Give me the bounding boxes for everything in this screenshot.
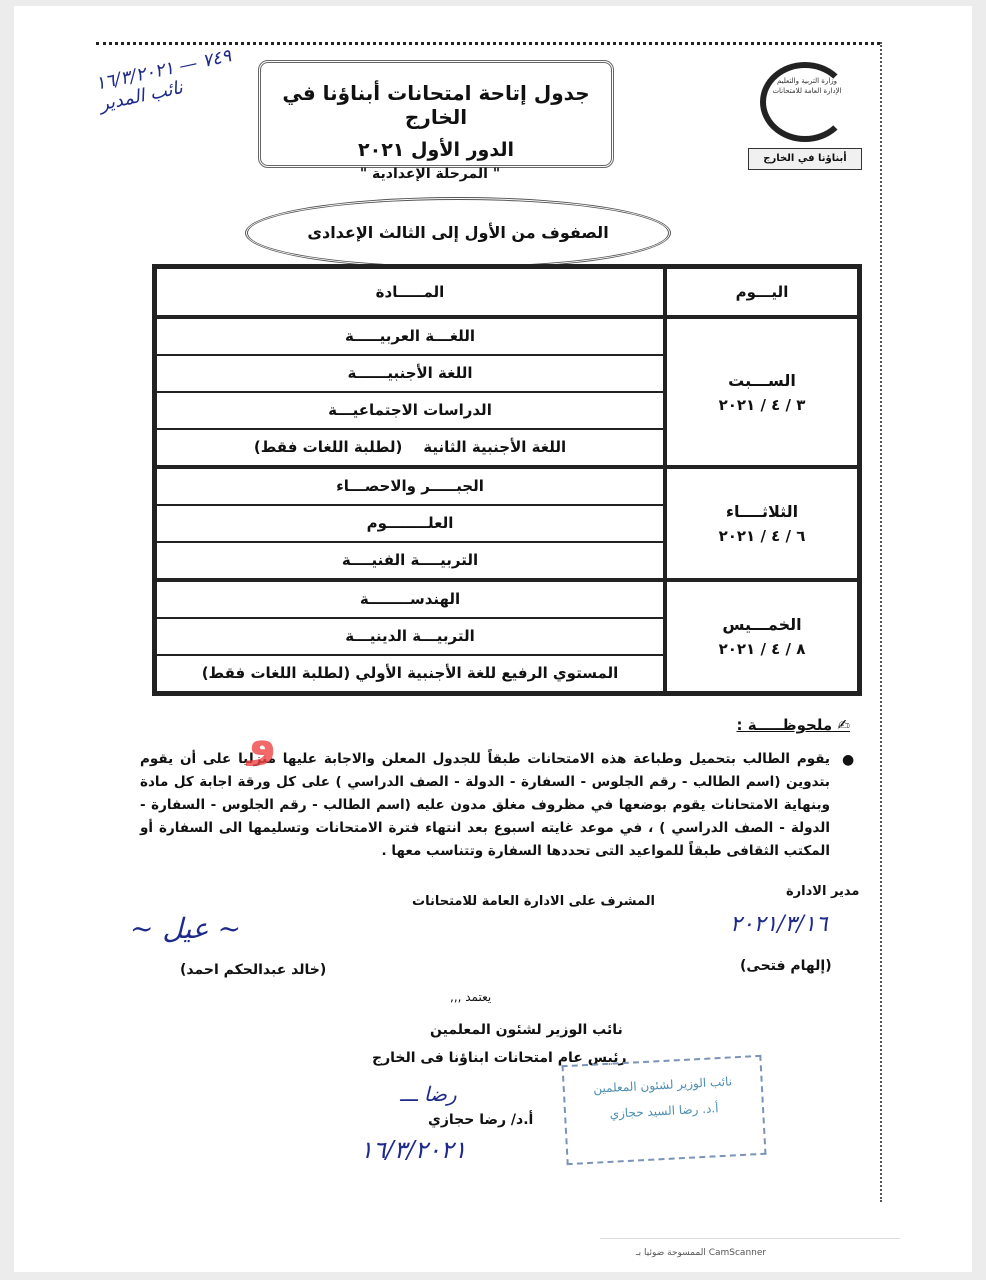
exam-schedule-table: اليـــوم المـــــادة الســـبت ٣ / ٤ / ٢٠… xyxy=(152,264,862,696)
day-cell: الخمـــيس ٨ / ٤ / ٢٠٢١ xyxy=(665,580,859,693)
day-date: ٦ / ٤ / ٢٠٢١ xyxy=(667,527,857,545)
director-title: مدير الادارة xyxy=(786,884,859,899)
day-name: الســـبت xyxy=(667,371,857,390)
title-box: جدول إتاحة امتحانات أبناؤنا في الخارج ال… xyxy=(258,60,614,168)
subject-item: الهندســــــــة xyxy=(157,582,663,619)
page-title: جدول إتاحة امتحانات أبناؤنا في الخارج xyxy=(261,81,611,129)
scanner-footer: الممسوحة ضوئيا بـ CamScanner xyxy=(636,1248,766,1258)
note-heading: ✍ ملحوظـــــة : xyxy=(700,716,850,734)
subjects-cell: الهندســــــــة التربيـــة الدينيـــة ال… xyxy=(155,580,665,693)
subject-item: المستوي الرفيع للغة الأجنبية الأولي (لطل… xyxy=(157,656,663,691)
subject-item: التربيــــة الفنيــــة xyxy=(157,543,663,578)
subject-item: التربيـــة الدينيـــة xyxy=(157,619,663,656)
director-name: (إلهام فتحى) xyxy=(740,958,832,974)
column-header-subject: المـــــادة xyxy=(155,267,665,317)
day-cell: الســـبت ٣ / ٤ / ٢٠٢١ xyxy=(665,317,859,467)
session-title: الدور الأول ٢٠٢١ xyxy=(261,139,611,161)
bullet-icon: ● xyxy=(842,752,854,768)
day-date: ٨ / ٤ / ٢٠٢١ xyxy=(667,640,857,658)
note-text: يقوم الطالب بتحميل وطباعة هذه الامتحانات… xyxy=(140,748,830,863)
subjects-cell: اللغـــة العربيـــــة اللغة الأجنبيـــــ… xyxy=(155,317,665,467)
grades-label: الصفوف من الأول إلى الثالث الإعدادى xyxy=(245,197,671,269)
column-header-day: اليـــوم xyxy=(665,267,859,317)
logo-inner-text: وزارة التربية والتعليم الإدارة العامة لل… xyxy=(772,76,842,128)
ministry-logo-icon: وزارة التربية والتعليم الإدارة العامة لل… xyxy=(748,62,868,172)
deputy-role: نائب الوزير لشئون المعلمين xyxy=(430,1022,623,1038)
deputy-name: أ.د/ رضا حجازي xyxy=(428,1112,533,1128)
handwritten-date: ١٦/٣/٢٠٢١ xyxy=(360,1136,466,1164)
subject-item: اللغـــة العربيـــــة xyxy=(157,319,663,356)
day-name: الخمـــيس xyxy=(667,615,857,634)
director-signature: ٢٠٢١/٣/١٦ xyxy=(730,912,828,937)
logo-band: أبناؤنا في الخارج xyxy=(748,148,862,170)
subjects-cell: الجبـــــر والاحصـــاء العلــــــــوم ال… xyxy=(155,467,665,580)
watermark-logo: و xyxy=(248,712,277,766)
subject-item: الجبـــــر والاحصـــاء xyxy=(157,469,663,506)
supervisor-signature: ~ ﻋﻴﻞ ~ xyxy=(130,912,241,945)
subject-item: اللغة الأجنبيــــــة xyxy=(157,356,663,393)
official-stamp: نائب الوزير لشئون المعلمين أ.د. رضا السي… xyxy=(562,1055,767,1165)
watermark-part: و xyxy=(248,712,277,766)
supervisor-title: المشرف على الادارة العامة للامتحانات xyxy=(412,894,655,909)
subject-item: الدراسات الاجتماعيـــة xyxy=(157,393,663,430)
table-header-row: اليـــوم المـــــادة xyxy=(155,267,859,317)
table-row: الثلاثــــاء ٦ / ٤ / ٢٠٢١ الجبـــــر وال… xyxy=(155,467,859,580)
table-row: الخمـــيس ٨ / ٤ / ٢٠٢١ الهندســــــــة ا… xyxy=(155,580,859,693)
table-row: الســـبت ٣ / ٤ / ٢٠٢١ اللغـــة العربيـــ… xyxy=(155,317,859,467)
subject-item: اللغة الأجنبية الثانية (لطلبة اللغات فقط… xyxy=(157,430,663,465)
day-name: الثلاثــــاء xyxy=(667,502,857,521)
stage-label: " المرحلة الإعدادية " xyxy=(300,166,560,182)
day-cell: الثلاثــــاء ٦ / ٤ / ٢٠٢١ xyxy=(665,467,859,580)
page-border-top xyxy=(96,42,880,45)
page-border-right xyxy=(880,42,882,1202)
approve-label: يعتمد ,,, xyxy=(450,990,491,1004)
day-date: ٣ / ٤ / ٢٠٢١ xyxy=(667,396,857,414)
subject-item: العلــــــــوم xyxy=(157,506,663,543)
deputy-signature: رضا ـــ xyxy=(400,1082,457,1106)
page-border-bottom xyxy=(600,1238,900,1239)
supervisor-name: (خالد عبدالحكم احمد) xyxy=(180,962,326,978)
